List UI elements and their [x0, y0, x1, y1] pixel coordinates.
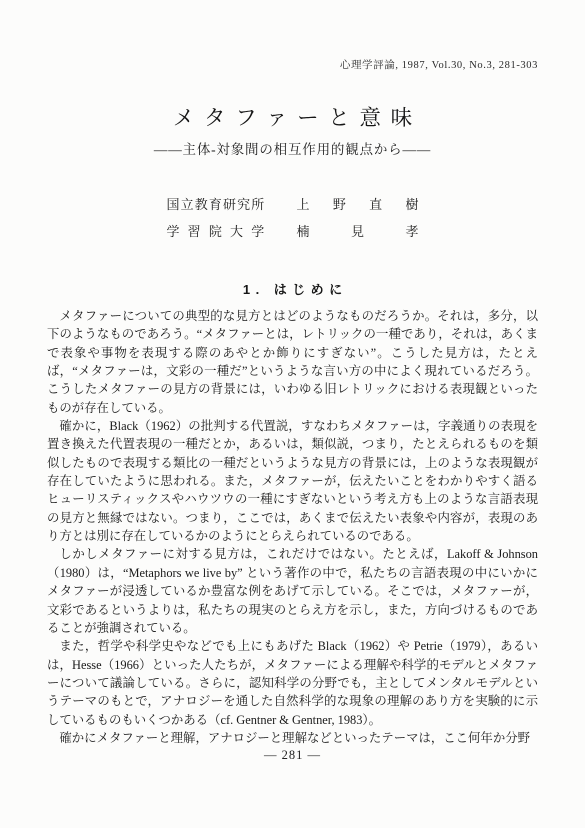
paragraph: メタファーについての典型的な見方とはどのようなものだろうか。それは，多分，以下の…: [47, 307, 538, 417]
author-row: 学習院大学 楠見孝: [167, 221, 419, 240]
paragraph: 確かに，Black（1962）の批判する代置説，すなわちメタファーは，字義通りの…: [47, 417, 538, 545]
author-affiliation: 学習院大学: [167, 221, 265, 240]
page-number: — 281 —: [0, 748, 585, 763]
author-block: 国立教育研究所 上野直樹 学習院大学 楠見孝: [0, 194, 585, 240]
paragraph: 確かにメタファーと理解，アナロジーと理解などといったテーマは，ここ何年か分野: [47, 729, 538, 747]
paragraph: また，哲学や科学史やなどでも上にもあげた Black（1962）や Petrie…: [47, 637, 538, 729]
author-affiliation: 国立教育研究所: [167, 194, 265, 213]
paper-title: メタファーと意味: [0, 101, 585, 132]
paper-subtitle: ――主体-対象間の相互作用的観点から――: [0, 138, 585, 158]
article-body: メタファーについての典型的な見方とはどのようなものだろうか。それは，多分，以下の…: [47, 307, 538, 747]
paragraph: しかしメタファーに対する見方は，これだけではない。たとえば，Lakoff & J…: [47, 545, 538, 637]
section-heading: 1. はじめに: [0, 279, 585, 298]
author-name: 楠見孝: [297, 221, 419, 240]
document-page: 心理学評論, 1987, Vol.30, No.3, 281-303 メタファー…: [0, 0, 585, 828]
author-row: 国立教育研究所 上野直樹: [167, 194, 419, 213]
author-name: 上野直樹: [297, 194, 419, 213]
journal-citation: 心理学評論, 1987, Vol.30, No.3, 281-303: [340, 57, 538, 72]
